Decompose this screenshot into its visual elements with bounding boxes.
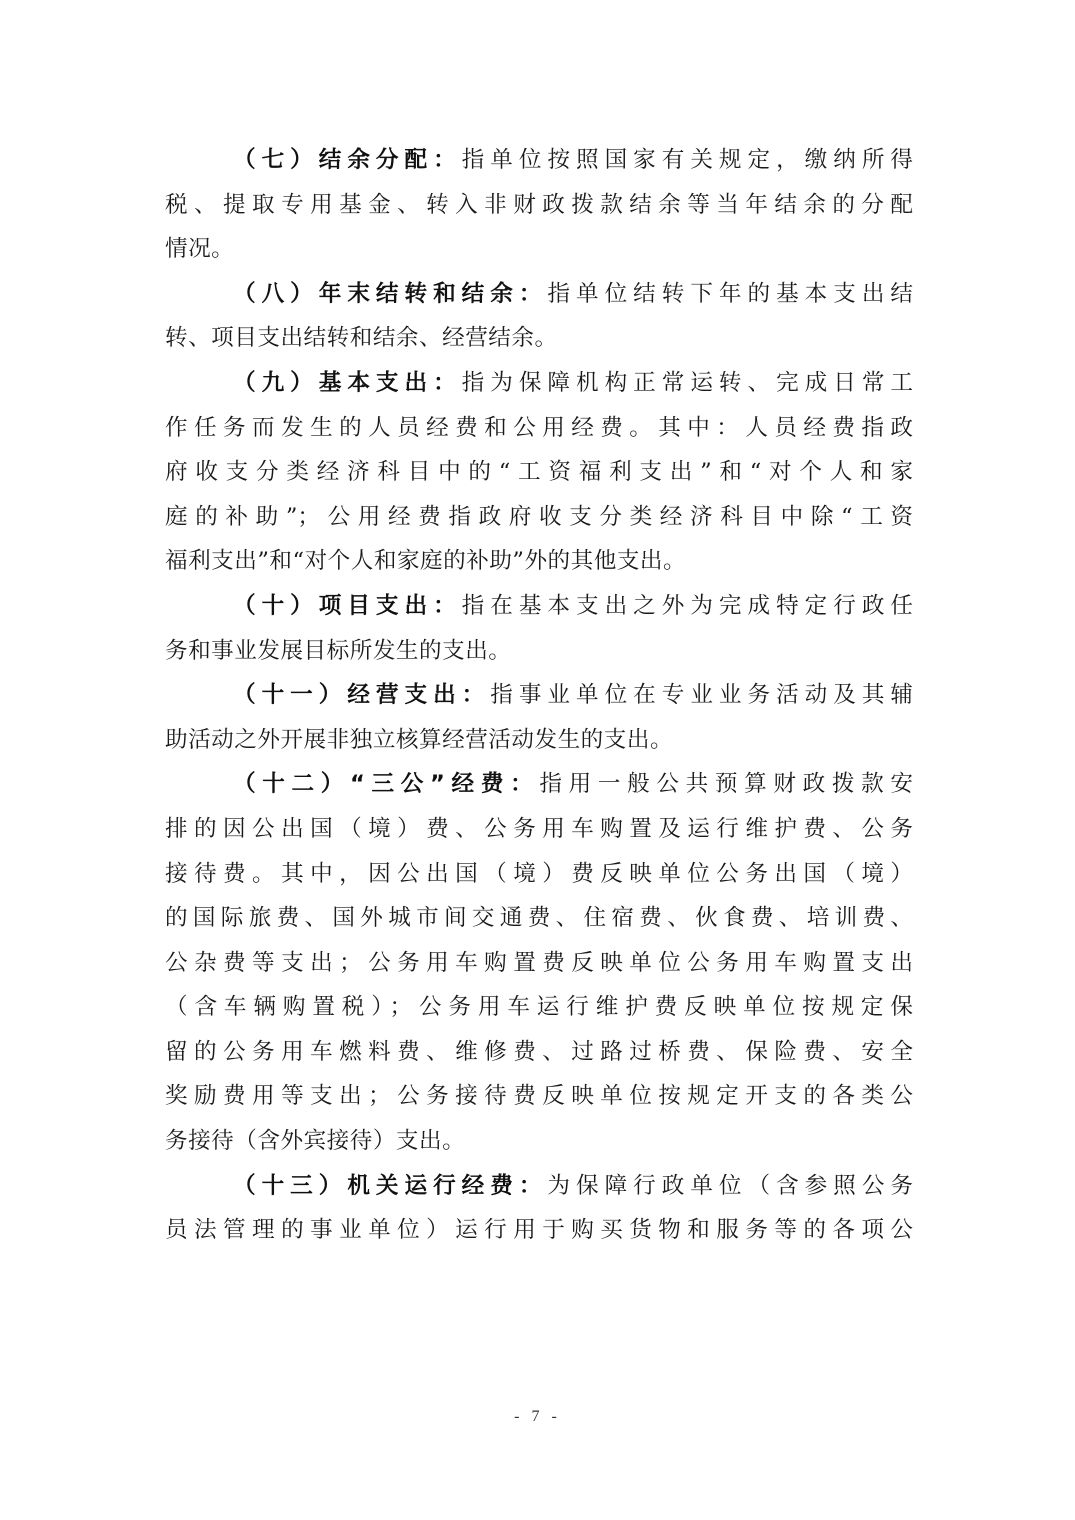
paragraph-text: 指为保障机构正常运转、完成日常工 bbox=[462, 370, 913, 396]
paragraph-9-line-4: 庭的补助”；公用经费指政府收支分类经济科目中除“工资 bbox=[165, 495, 913, 540]
paragraph-12-line-4: 的国际旅费、国外城市间交通费、住宿费、伙食费、培训费、 bbox=[165, 896, 913, 941]
paragraph-7-line-3: 情况。 bbox=[165, 227, 913, 272]
paragraph-12-line-8: 奖励费用等支出；公务接待费反映单位按规定开支的各类公 bbox=[165, 1074, 913, 1119]
term-heading: （十）项目支出： bbox=[233, 593, 462, 619]
paragraph-12-line-9: 务接待（含外宾接待）支出。 bbox=[165, 1119, 913, 1164]
document-body: （七）结余分配：指单位按照国家有关规定，缴纳所得 税、提取专用基金、转入非财政拨… bbox=[165, 138, 913, 1253]
paragraph-11-line-1: （十一）经营支出：指事业单位在专业业务活动及其辅 bbox=[165, 673, 913, 718]
paragraph-11-line-2: 助活动之外开展非独立核算经营活动发生的支出。 bbox=[165, 718, 913, 763]
term-heading: （十二）“三公”经费： bbox=[233, 771, 539, 797]
paragraph-7-line-2: 税、提取专用基金、转入非财政拨款结余等当年结余的分配 bbox=[165, 183, 913, 228]
term-heading: （八）年末结转和结余： bbox=[233, 281, 547, 307]
paragraph-12-line-1: （十二）“三公”经费：指用一般公共预算财政拨款安 bbox=[165, 762, 913, 807]
paragraph-7-line-1: （七）结余分配：指单位按照国家有关规定，缴纳所得 bbox=[165, 138, 913, 183]
paragraph-text: 指用一般公共预算财政拨款安 bbox=[539, 771, 913, 797]
paragraph-text: 指在基本支出之外为完成特定行政任 bbox=[462, 593, 913, 619]
paragraph-text: 指单位结转下年的基本支出结 bbox=[547, 281, 913, 307]
paragraph-10-line-1: （十）项目支出：指在基本支出之外为完成特定行政任 bbox=[165, 584, 913, 629]
paragraph-12-line-7: 留的公务用车燃料费、维修费、过路过桥费、保险费、安全 bbox=[165, 1030, 913, 1075]
paragraph-12-line-3: 接待费。其中，因公出国（境）费反映单位公务出国（境） bbox=[165, 852, 913, 897]
paragraph-text: 指事业单位在专业业务活动及其辅 bbox=[490, 682, 913, 708]
paragraph-13-line-1: （十三）机关运行经费：为保障行政单位（含参照公务 bbox=[165, 1164, 913, 1209]
paragraph-12-line-2: 排的因公出国（境）费、公务用车购置及运行维护费、公务 bbox=[165, 807, 913, 852]
paragraph-9-line-5: 福利支出”和“对个人和家庭的补助”外的其他支出。 bbox=[165, 539, 913, 584]
term-heading: （十三）机关运行经费： bbox=[233, 1173, 547, 1199]
paragraph-9-line-3: 府收支分类经济科目中的“工资福利支出”和“对个人和家 bbox=[165, 450, 913, 495]
term-heading: （七）结余分配： bbox=[233, 147, 462, 173]
document-page: （七）结余分配：指单位按照国家有关规定，缴纳所得 税、提取专用基金、转入非财政拨… bbox=[0, 0, 1075, 1520]
paragraph-9-line-1: （九）基本支出：指为保障机构正常运转、完成日常工 bbox=[165, 361, 913, 406]
paragraph-text: 为保障行政单位（含参照公务 bbox=[547, 1173, 913, 1199]
paragraph-12-line-5: 公杂费等支出；公务用车购置费反映单位公务用车购置支出 bbox=[165, 941, 913, 986]
paragraph-13-line-2: 员法管理的事业单位）运行用于购买货物和服务等的各项公 bbox=[165, 1208, 913, 1253]
paragraph-text: 指单位按照国家有关规定，缴纳所得 bbox=[462, 147, 913, 173]
term-heading: （九）基本支出： bbox=[233, 370, 462, 396]
paragraph-8-line-2: 转、项目支出结转和结余、经营结余。 bbox=[165, 316, 913, 361]
paragraph-9-line-2: 作任务而发生的人员经费和公用经费。其中：人员经费指政 bbox=[165, 406, 913, 451]
paragraph-8-line-1: （八）年末结转和结余：指单位结转下年的基本支出结 bbox=[165, 272, 913, 317]
page-number: - 7 - bbox=[0, 1408, 1075, 1426]
paragraph-10-line-2: 务和事业发展目标所发生的支出。 bbox=[165, 629, 913, 674]
paragraph-12-line-6: （含车辆购置税）；公务用车运行维护费反映单位按规定保 bbox=[165, 985, 913, 1030]
term-heading: （十一）经营支出： bbox=[233, 682, 490, 708]
